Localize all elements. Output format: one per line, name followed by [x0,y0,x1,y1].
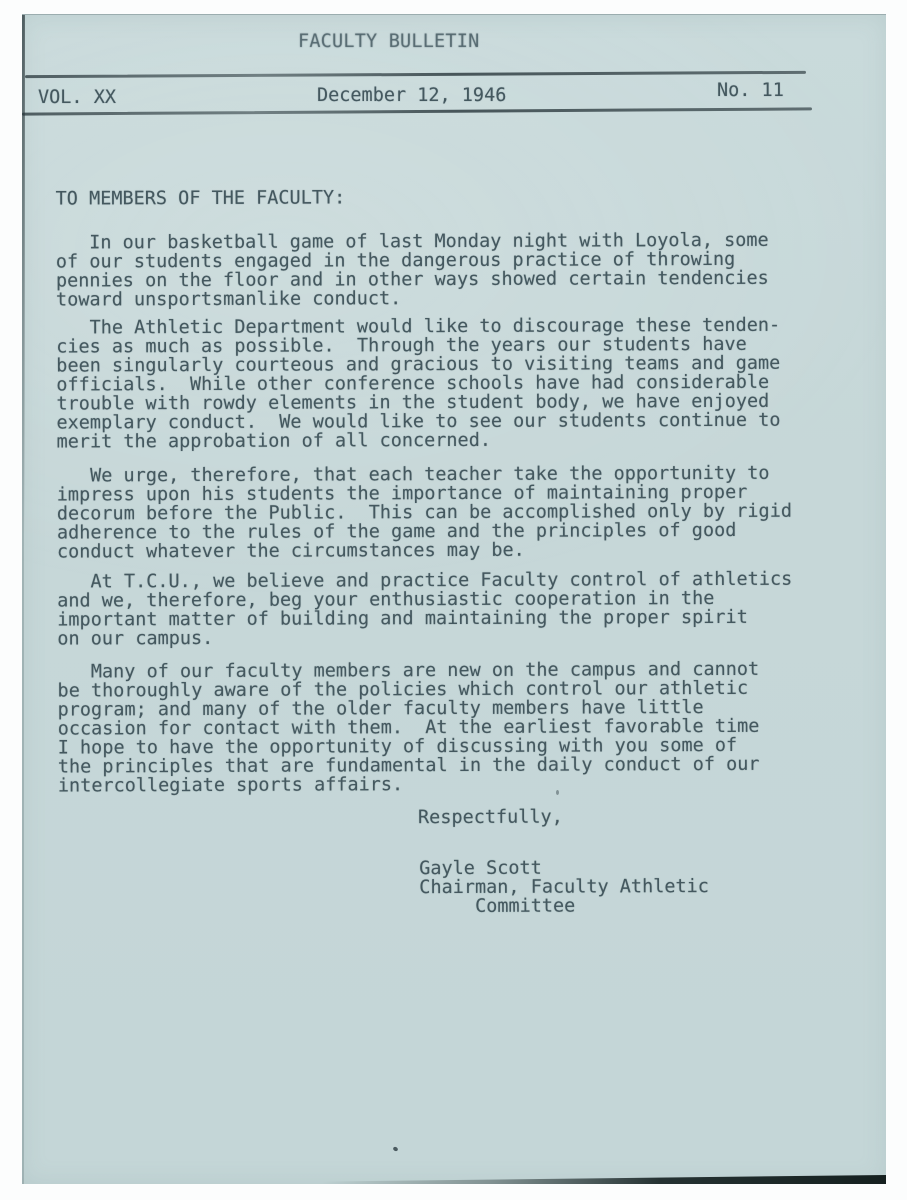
scanner-background: FACULTY BULLETIN VOL. XX December 12, 19… [0,0,907,1200]
paragraph-basketball-incident: In our basketball game of last Monday ni… [56,230,856,309]
ink-speck [556,790,559,795]
ink-speck [392,1146,398,1152]
date-label: December 12, 1946 [317,85,506,106]
paragraph-faculty-control: At T.C.U., we believe and practice Facul… [57,569,857,648]
masthead-bottom-rule [22,107,812,115]
paragraph-new-faculty: Many of our faculty members are new on t… [57,659,858,795]
closing: Respectfully, [58,806,858,828]
letter-body: TO MEMBERS OF THE FACULTY: In our basket… [56,186,859,917]
issue-number-label: No. 11 [717,80,784,101]
salutation: TO MEMBERS OF THE FACULTY: [56,186,856,208]
bulletin-page: FACULTY BULLETIN VOL. XX December 12, 19… [22,14,886,1184]
scan-bottom-shadow [322,1173,886,1184]
masthead-top-rule [25,71,806,78]
masthead-info-line: VOL. XX December 12, 1946 No. 11 [22,83,886,105]
paragraph-athletic-department: The Athletic Department would like to di… [56,315,857,451]
signature-block: Gayle Scott Chairman, Faculty Athletic C… [58,857,858,917]
paragraph-teacher-urging: We urge, therefore, that each teacher ta… [57,463,857,561]
volume-label: VOL. XX [38,87,116,108]
bulletin-title: FACULTY BULLETIN [298,31,479,52]
